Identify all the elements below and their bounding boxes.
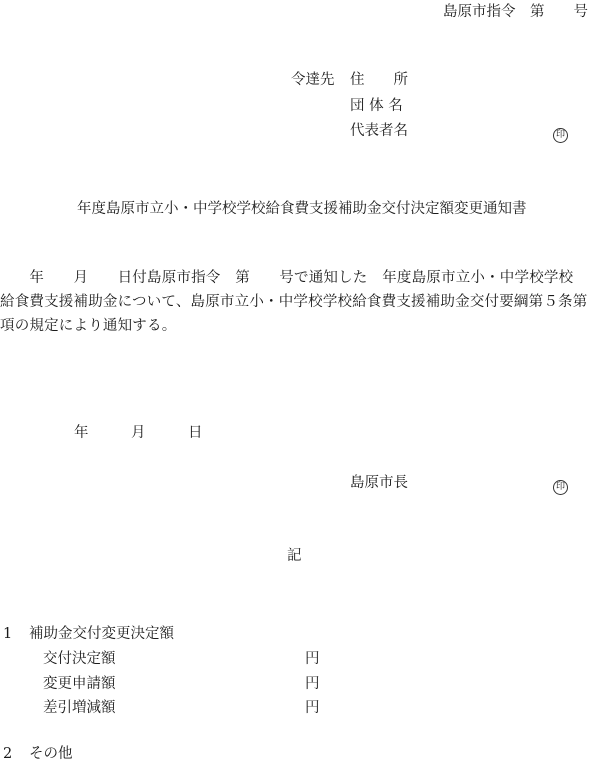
- seal-icon: 印: [553, 128, 568, 143]
- section1-title: 補助金交付変更決定額: [29, 624, 174, 644]
- row-unit: 円: [305, 698, 320, 718]
- row-label: 差引増減額: [43, 698, 116, 718]
- representative-label: 代表者名: [350, 121, 408, 141]
- body-line: 項の規定により通知する。: [0, 314, 590, 338]
- signatory-name: 島原市長: [350, 473, 408, 493]
- date-month-label: 月: [131, 423, 146, 443]
- date-day-label: 日: [188, 423, 203, 443]
- date-year-label: 年: [74, 423, 89, 443]
- issuer-number: 島原市指令 第 号: [443, 2, 588, 22]
- address-label: 住 所: [350, 70, 408, 90]
- seal-icon: 印: [553, 480, 568, 495]
- section2-number: 2: [3, 744, 12, 764]
- body-line: 給食費支援補助金について、島原市立小・中学校学校給食費支援補助金交付要綱第５条第…: [0, 290, 590, 314]
- organization-label: 団 体 名: [350, 96, 403, 116]
- row-label: 変更申請額: [43, 674, 116, 694]
- document-title: 年度島原市立小・中学校学校給食費支援補助金交付決定額変更通知書: [77, 199, 527, 219]
- note-heading: 記: [287, 546, 302, 566]
- body-paragraph: 年 月 日付島原市指令 第 号で通知した 年度島原市立小・中学校学校 給食費支援…: [0, 266, 590, 338]
- body-line: 年 月 日付島原市指令 第 号で通知した 年度島原市立小・中学校学校: [0, 266, 590, 290]
- row-unit: 円: [305, 674, 320, 694]
- section2-title: その他: [29, 744, 73, 764]
- recipient-label: 令達先: [291, 70, 335, 90]
- signatory-seal: 印: [553, 475, 568, 495]
- row-unit: 円: [305, 649, 320, 669]
- section1-number: 1: [3, 624, 12, 644]
- representative-seal: 印: [553, 123, 568, 143]
- row-label: 交付決定額: [43, 649, 116, 669]
